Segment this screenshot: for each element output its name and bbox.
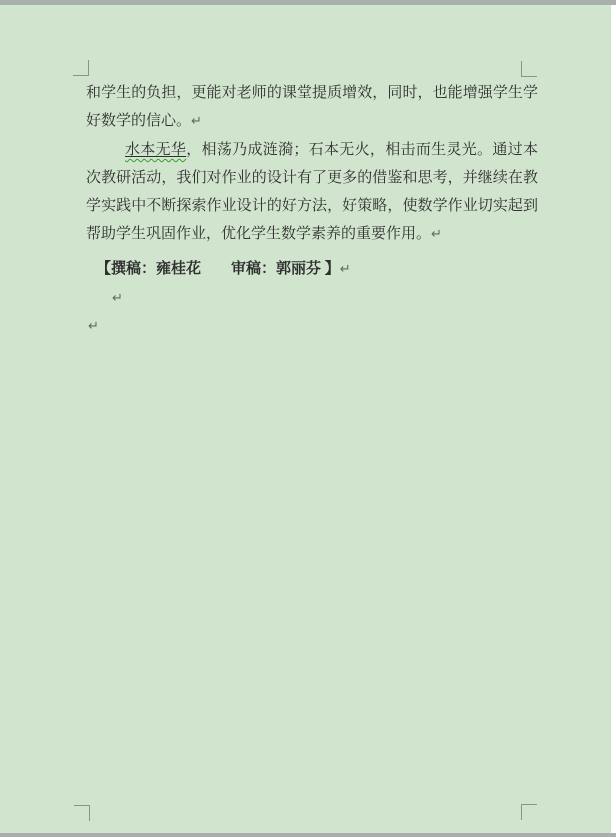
paragraph-body[interactable]: 水本无华，相荡乃成涟漪；石本无火，相击而生灵光。通过本次教研活动，我们对作业的设… — [86, 136, 538, 249]
document-page[interactable]: 和学生的负担，更能对老师的课堂提质增效，同时，也能增强学生学好数学的信心。↵ 水… — [0, 5, 611, 833]
grammar-squiggle-phrase: 水本无华 — [125, 142, 186, 158]
app-background-bottom-strip — [0, 833, 616, 837]
margin-crop-mark-top-left-icon — [73, 60, 89, 76]
paragraph-mark-icon: ↵ — [191, 114, 202, 129]
paragraph-mark-icon: ↵ — [340, 262, 351, 277]
margin-crop-mark-bottom-right-icon — [521, 804, 537, 820]
margin-crop-mark-bottom-left-icon — [74, 805, 90, 821]
margin-crop-mark-top-right-icon — [521, 61, 537, 77]
signature-text: 【撰稿：雍桂花 审稿：郭丽芬 】 — [96, 261, 340, 277]
paragraph-empty[interactable]: ↵ — [86, 312, 538, 340]
paragraph-continuation[interactable]: 和学生的负担，更能对老师的课堂提质增效，同时，也能增强学生学好数学的信心。↵ — [86, 79, 538, 136]
paragraph-signature[interactable]: 【撰稿：雍桂花 审稿：郭丽芬 】↵ — [86, 255, 538, 284]
paragraph-mark-icon: ↵ — [112, 291, 123, 306]
paragraph-empty-indented[interactable]: ↵ — [86, 284, 538, 312]
underlined-phrase: 水本无华 — [125, 142, 186, 158]
paragraph-mark-icon: ↵ — [88, 319, 99, 334]
app-background-right-gutter — [611, 5, 616, 833]
paragraph-text: 和学生的负担，更能对老师的课堂提质增效，同时，也能增强学生学好数学的信心。 — [86, 85, 538, 129]
paragraph-mark-icon: ↵ — [431, 227, 442, 242]
document-text-area[interactable]: 和学生的负担，更能对老师的课堂提质增效，同时，也能增强学生学好数学的信心。↵ 水… — [86, 79, 538, 340]
word-document-window: { "page": { "background_color": "#d1e5ce… — [0, 0, 616, 837]
